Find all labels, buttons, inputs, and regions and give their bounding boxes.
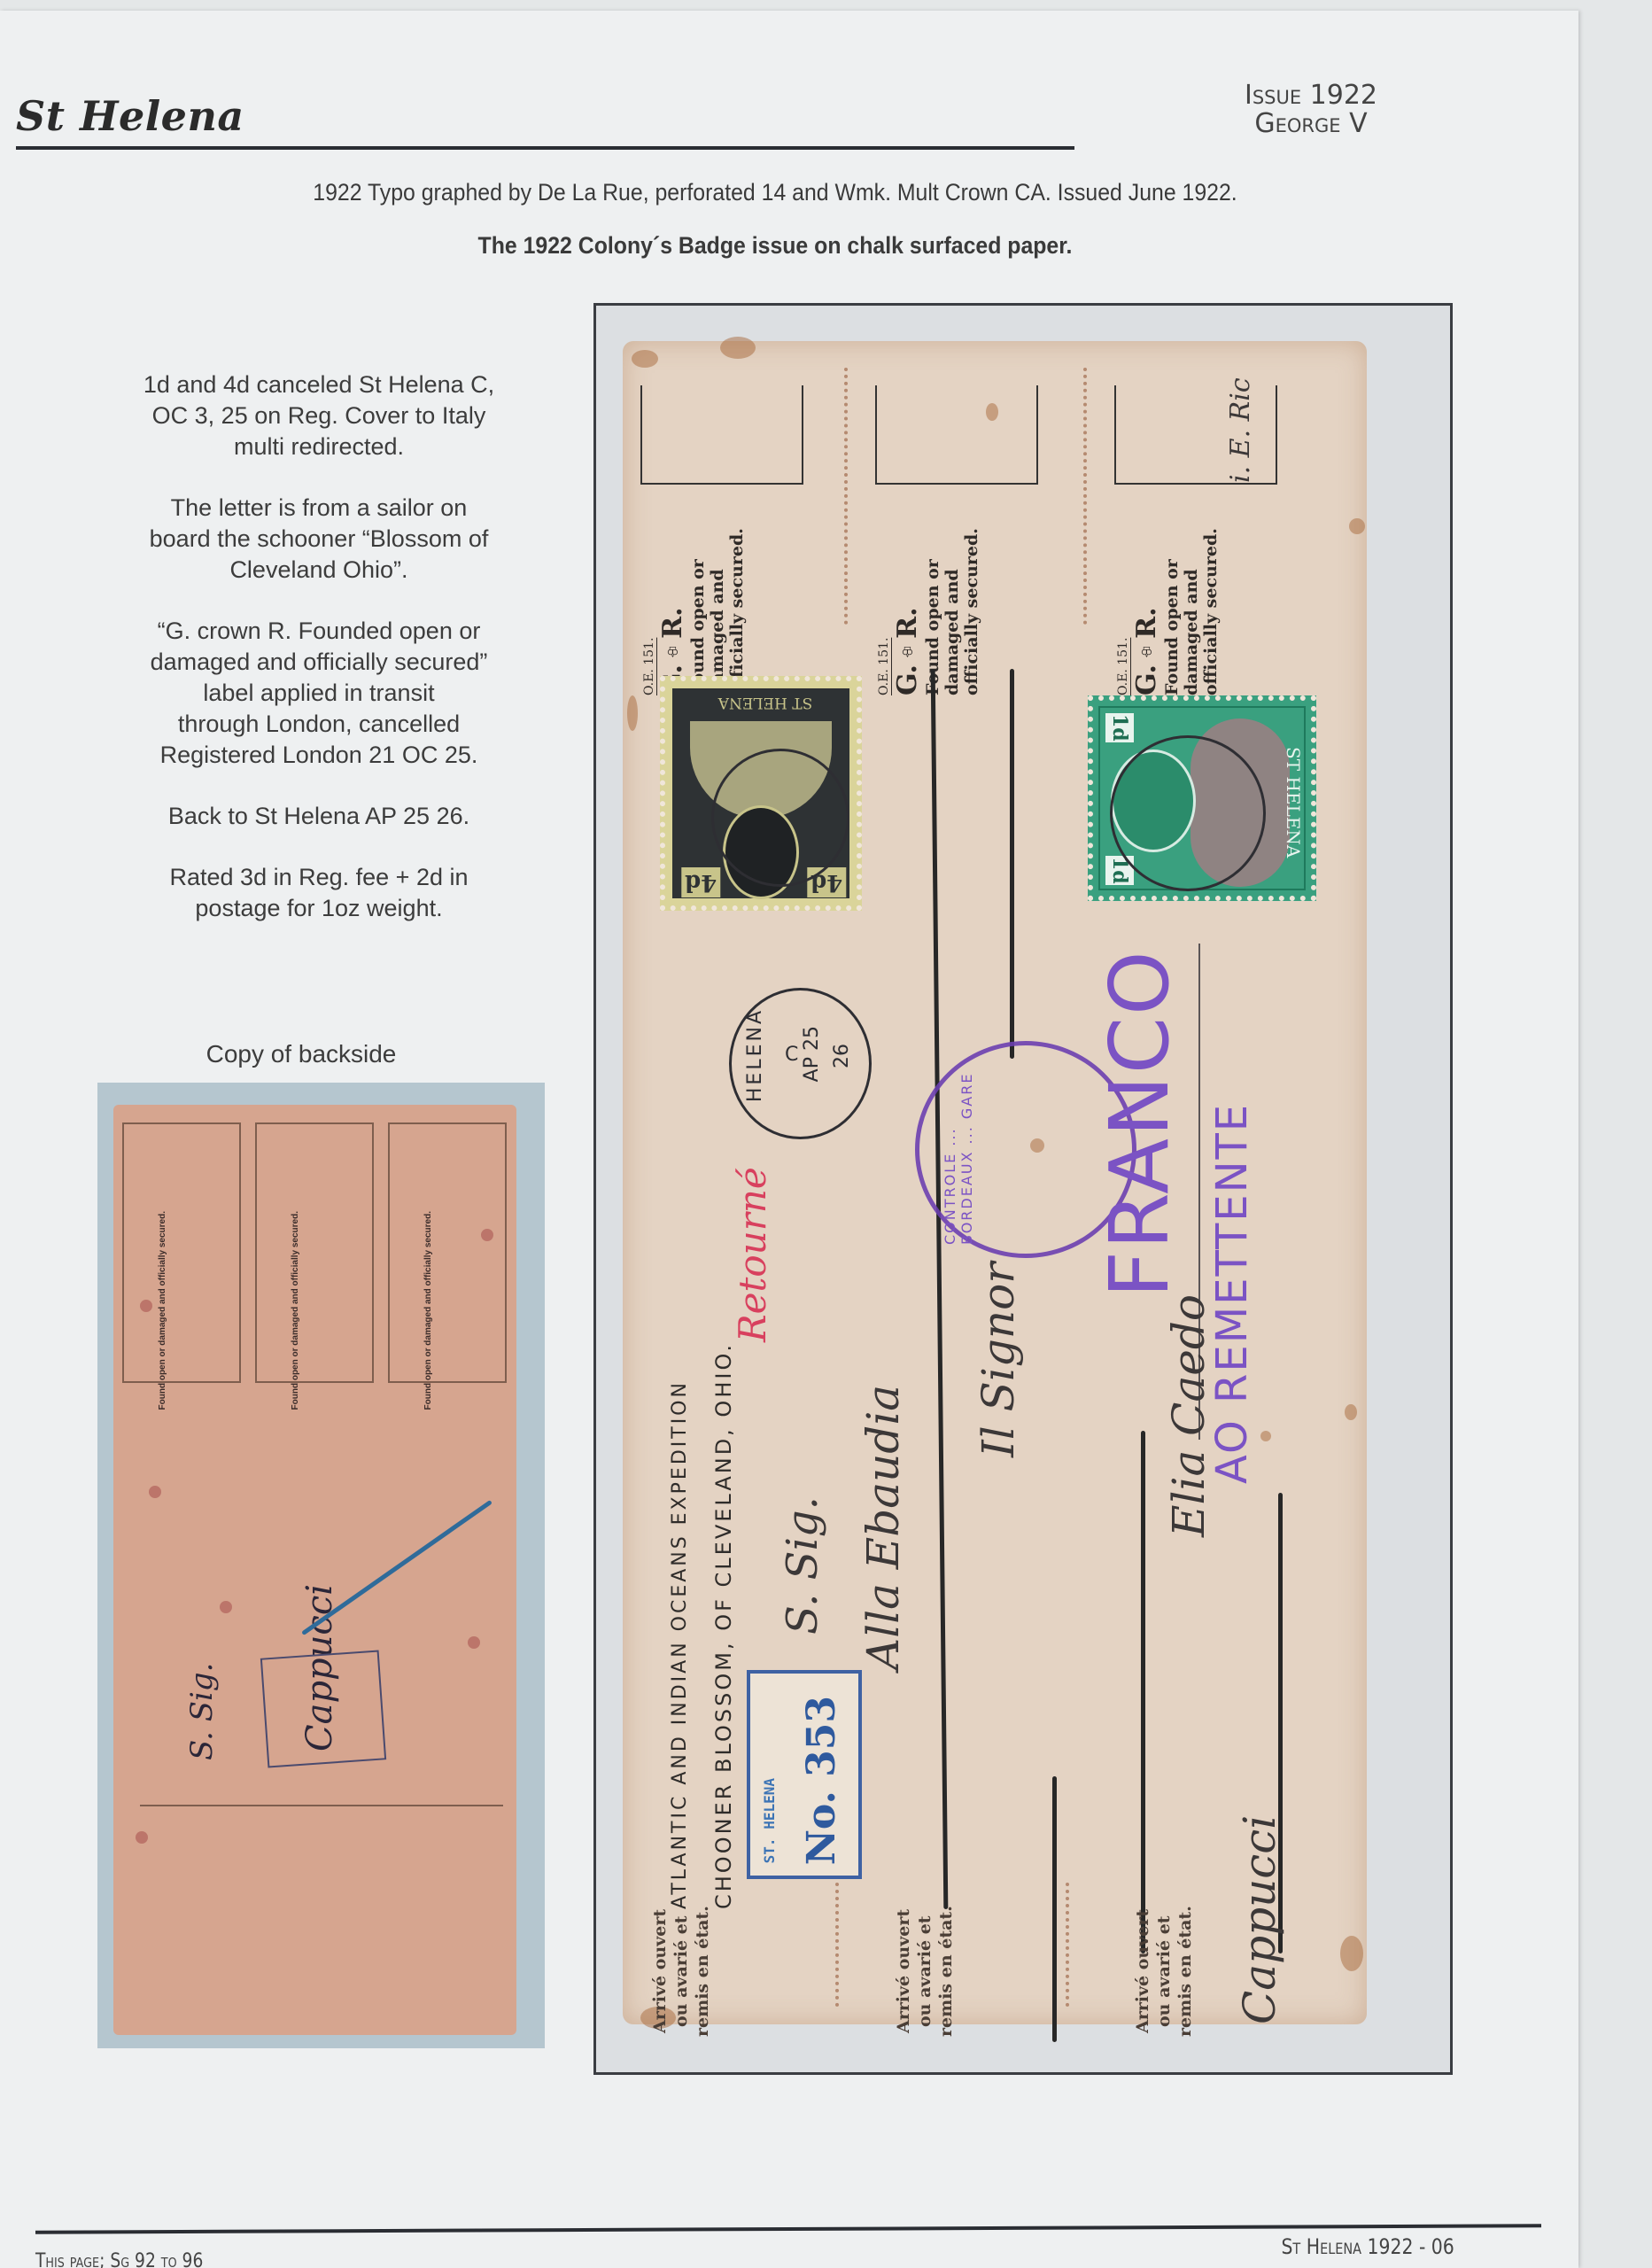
description-paragraph: The letter is from a sailor on board the… [97,493,540,586]
stamp-country: ST HELENA [1283,718,1304,887]
backside-label-text: Found open or damaged and officially sec… [158,1211,168,1410]
registration-number: No. 353 [799,1696,844,1865]
registration-label: ST. HELENA No. 353 [747,1670,862,1879]
album-page: St Helena Issue 1922 George V 1922 Typo … [0,11,1578,2268]
cover-mount: O.E. 151. G. ♔ R. Found open or damaged … [593,303,1453,2075]
stamp-value: 1d [1105,713,1134,742]
header-rule [16,146,1074,150]
crown-icon: ♔ [899,643,916,660]
description-paragraph: Rated 3d in Reg. fee + 2d in postage for… [97,862,540,924]
description-paragraph: Back to St Helena AP 25 26. [97,801,540,832]
address-line: Alla Ebaudia [857,944,909,1670]
backside-photo: Found open or damaged and officially sec… [97,1083,545,2048]
cachet-text: CONTROLE ... BORDEAUX ... GARE [942,1050,975,1245]
cds-cancel-4d [711,749,849,887]
address-line: Elia Caedo [1163,917,1214,1537]
address-line: Il Signor [973,837,1024,1457]
backside-manuscript: S. Sig. [184,1388,220,1760]
page-title: St Helena [16,92,244,140]
backside-lower-labels [140,1805,503,1984]
crown-icon: ♔ [1138,643,1155,660]
backside-envelope: Found open or damaged and officially sec… [113,1105,516,2035]
strike-line [1052,1776,1057,2042]
official-label-2: O.E. 151. G. ♔ R. Found open or damaged … [857,359,1066,633]
official-label-1: O.E. 151. G. ♔ R. Found open or damaged … [623,359,831,633]
backside-label-text: Found open or damaged and officially sec… [423,1211,434,1410]
retourne-manuscript: Retourné [731,1183,774,1342]
intro-line: 1922 Typo graphed by De La Rue, perforat… [225,179,1325,206]
official-label-text: O.E. 151. G. ♔ R. Found open or damaged … [640,492,818,695]
crown-icon: ♔ [664,643,681,660]
registered-cover: O.E. 151. G. ♔ R. Found open or damaged … [623,341,1367,2024]
perforation [844,368,848,625]
backside-caption: Copy of backside [97,1040,505,1068]
description-paragraph: 1d and 4d canceled St Helena C, OC 3, 25… [97,369,540,462]
issue-heading: Issue 1922 George V [1222,82,1400,138]
backside-official-label [122,1122,241,1383]
intro-heading: The 1922 Colony´s Badge issue on chalk s… [225,232,1325,260]
french-label-text: Arrivé ouvert ou avarié et remis en état… [893,1900,957,2042]
official-label-text: O.E. 151. G. ♔ R. Found open or damaged … [1114,492,1291,695]
expedition-imprint: ATLANTIC AND INDIAN OCEANS EXPEDITION [669,1218,691,1909]
perforation [835,1883,839,2007]
strike-line [1141,1431,1145,1953]
french-label-text: Arrivé ouvert ou avarié et remis en état… [1132,1900,1196,2042]
backside-official-label [388,1122,507,1383]
address-line: S. Sig. [778,1192,827,1635]
french-label-text: Arrivé ouvert ou avarié et remis en état… [649,1900,713,2042]
description-block: 1d and 4d canceled St Helena C, OC 3, 25… [97,369,540,954]
manuscript-note: i. E. Ric [1225,377,1256,483]
perforation [1066,1883,1069,2007]
official-label-3: O.E. 151. G. ♔ R. Found open or damaged … [1097,359,1305,633]
footer-catalogue-ref: This page; Sg 92 to 96 [35,2250,203,2268]
description-paragraph: “G. crown R. Founded open or damaged and… [97,616,540,771]
strike-line [931,669,949,1909]
st-helena-backstamp: HELENA C AP 25 26 [729,988,872,1139]
return-to-sender-handstamp: AO REMETTENTE [1207,952,1257,1484]
backside-label-text: Found open or damaged and officially sec… [291,1211,301,1410]
official-label-text: O.E. 151. G. ♔ R. Found open or damaged … [875,492,1052,695]
registration-office: ST. HELENA [761,1778,778,1863]
perforation [1083,368,1087,625]
issue-year: Issue 1922 [1222,82,1400,110]
issue-reign: George V [1222,110,1400,138]
address-line: Cappucci [1234,1581,1285,2024]
cds-cancel-1d [1110,735,1266,891]
footer-page-ref: St Helena 1922 - 06 [1282,2234,1454,2259]
stamp-country: ST HELENA [681,694,849,711]
backside-official-label [255,1122,374,1383]
backside-registered-handstamp [260,1650,386,1767]
stamp-value: 4d [681,867,720,897]
footer-rule [35,2224,1541,2233]
